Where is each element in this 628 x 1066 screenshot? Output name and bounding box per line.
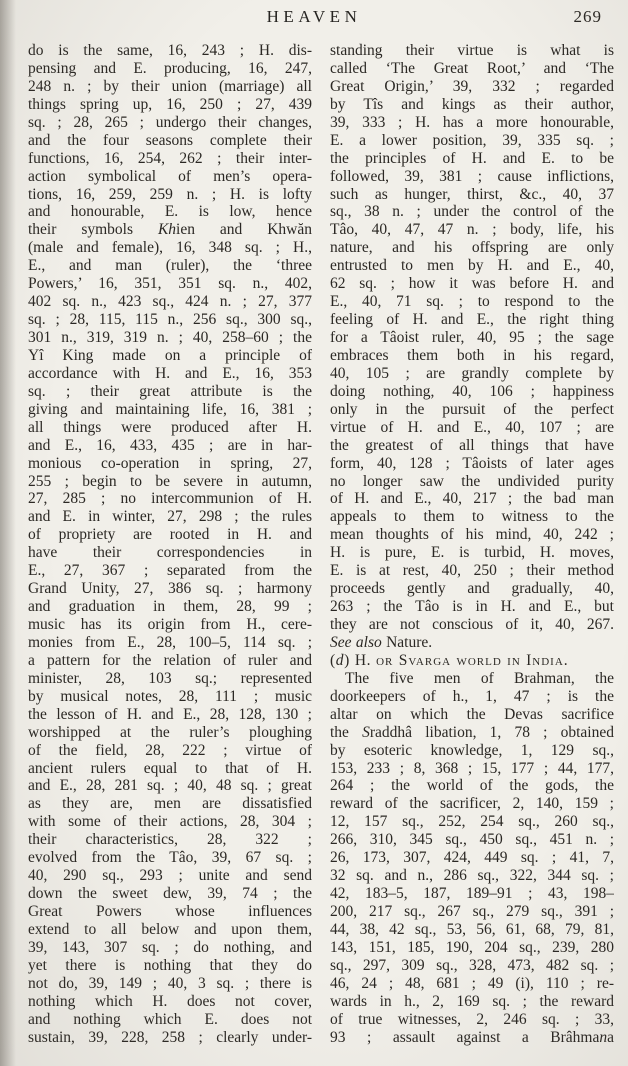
- text-line: 42, 183–5, 187, 189–91 ; 43, 198–: [330, 885, 614, 903]
- text-line: do is the same, 16, 243 ; H. dis-: [28, 42, 312, 60]
- text-line: and E. in winter, 27, 298 ; the rules: [28, 508, 312, 526]
- text-line: H. is pure, E. is turbid, H. moves,: [330, 544, 614, 562]
- text-line: ancient rulers equal to that of H.: [28, 760, 312, 778]
- text-line: only in the pursuit of the perfect: [330, 401, 614, 419]
- text-line: The five men of Brahman, the: [330, 670, 614, 688]
- text-line: Grand Unity, 27, 386 sq. ; harmony: [28, 580, 312, 598]
- text-line: and E., 28, 281 sq. ; 40, 48 sq. ; great: [28, 777, 312, 795]
- text-line: feeling of H. and E., the right thing: [330, 311, 614, 329]
- text-line: as they are, men are dissatisfied: [28, 795, 312, 813]
- text-line: sq., 38 n. ; under the control of the: [330, 203, 614, 221]
- text-line: sq. ; 28, 115, 115 n., 256 sq., 300 sq.,: [28, 311, 312, 329]
- text-line: yet there is nothing that they do: [28, 957, 312, 975]
- text-line: functions, 16, 254, 262 ; their inter-: [28, 150, 312, 168]
- text-line: by musical notes, 28, 111 ; music: [28, 688, 312, 706]
- text-line: monies from E., 28, 100–5, 114 sq. ;: [28, 634, 312, 652]
- text-line: 266, 310, 345 sq., 450 sq., 451 n. ;: [330, 831, 614, 849]
- text-line: monious co-operation in spring, 27,: [28, 455, 312, 473]
- text-line: virtue of H. and E., 40, 107 ; are: [330, 419, 614, 437]
- text-line: 40, 105 ; are grandly complete by: [330, 365, 614, 383]
- index-columns: do is the same, 16, 243 ; H. dis-pensing…: [28, 42, 614, 1047]
- text-line: 12, 157 sq., 252, 254 sq., 260 sq.,: [330, 813, 614, 831]
- text-line: (male and female), 16, 348 sq. ; H.,: [28, 239, 312, 257]
- text-line: sq. ; 28, 265 ; undergo their changes,: [28, 114, 312, 132]
- text-line: music has its origin from H., cere-: [28, 616, 312, 634]
- text-line: E., 40, 71 sq. ; to respond to the: [330, 293, 614, 311]
- text-line: (d) H. or Svarga world in India.: [330, 652, 614, 670]
- book-page: HEAVEN 269 do is the same, 16, 243 ; H. …: [0, 0, 628, 1066]
- text-line: their symbols Khien and Khwăn: [28, 221, 312, 239]
- text-line: 62 sq. ; how it was before H. and: [330, 275, 614, 293]
- text-line: altar on which the Devas sacrifice: [330, 706, 614, 724]
- text-line: 264 ; the world of the gods, the: [330, 777, 614, 795]
- text-line: 26, 173, 307, 424, 449 sq. ; 41, 7,: [330, 849, 614, 867]
- text-line: and the four seasons complete their: [28, 132, 312, 150]
- text-line: 301 n., 319, 319 n. ; 40, 258–60 ; the: [28, 329, 312, 347]
- text-line: 200, 217 sq., 267 sq., 279 sq., 391 ;: [330, 903, 614, 921]
- text-line: worshipped at the ruler’s ploughing: [28, 724, 312, 742]
- text-line: form, 40, 128 ; Tâoists of later ages: [330, 455, 614, 473]
- right-column: standing their virtue is what iscalled ‘…: [330, 42, 614, 1047]
- text-line: 93 ; assault against a Brâhmana: [330, 1029, 614, 1047]
- text-line: Great Powers whose influences: [28, 903, 312, 921]
- text-line: 402 sq. n., 423 sq., 424 n. ; 27, 377: [28, 293, 312, 311]
- text-line: down the sweet dew, 39, 74 ; the: [28, 885, 312, 903]
- text-line: See also Nature.: [330, 634, 614, 652]
- text-line: a pattern for the relation of ruler and: [28, 652, 312, 670]
- text-line: of H. and E., 40, 217 ; the bad man: [330, 490, 614, 508]
- text-line: Yî King made on a principle of: [28, 347, 312, 365]
- text-line: minister, 28, 103 sq.; represented: [28, 670, 312, 688]
- text-line: Powers,’ 16, 351, 351 sq. n., 402,: [28, 275, 312, 293]
- text-line: 39, 143, 307 sq. ; do nothing, and: [28, 939, 312, 957]
- text-line: giving and maintaining life, 16, 381 ;: [28, 401, 312, 419]
- text-line: the Sraddhâ libation, 1, 78 ; obtained: [330, 724, 614, 742]
- text-line: E., 27, 367 ; separated from the: [28, 562, 312, 580]
- text-line: entrusted to men by H. and E., 40,: [330, 257, 614, 275]
- text-line: accordance with H. and E., 16, 353: [28, 365, 312, 383]
- text-line: tions, 16, 259, 259 n. ; H. is lofty: [28, 186, 312, 204]
- text-line: and honourable, E. is low, hence: [28, 203, 312, 221]
- text-line: action symbolical of men’s opera-: [28, 168, 312, 186]
- text-line: doorkeepers of h., 1, 47 ; is the: [330, 688, 614, 706]
- left-column: do is the same, 16, 243 ; H. dis-pensing…: [28, 42, 312, 1047]
- text-line: evolved from the Tâo, 39, 67 sq. ;: [28, 849, 312, 867]
- text-line: pensing and E. producing, 16, 247,: [28, 60, 312, 78]
- text-line: the greatest of all things that have: [330, 437, 614, 455]
- text-line: all things were produced after H.: [28, 419, 312, 437]
- text-line: 27, 285 ; no intercommunion of H.: [28, 490, 312, 508]
- text-line: embraces them both in his regard,: [330, 347, 614, 365]
- text-line: 44, 38, 42 sq., 53, 56, 61, 68, 79, 81,: [330, 921, 614, 939]
- text-line: their characteristics, 28, 322 ;: [28, 831, 312, 849]
- text-line: of propriety are rooted in H. and: [28, 526, 312, 544]
- text-line: appeals to them to witness to the: [330, 508, 614, 526]
- text-line: extend to all below and upon them,: [28, 921, 312, 939]
- text-line: called ‘The Great Root,’ and ‘The: [330, 60, 614, 78]
- text-line: 248 n. ; by their union (marriage) all: [28, 78, 312, 96]
- text-line: of true witnesses, 2, 246 sq. ; 33,: [330, 1011, 614, 1029]
- text-line: reward of the sacrificer, 2, 140, 159 ;: [330, 795, 614, 813]
- text-line: doing nothing, 40, 106 ; happiness: [330, 383, 614, 401]
- text-line: no longer saw the undivided purity: [330, 473, 614, 491]
- text-line: 263 ; the Tâo is in H. and E., but: [330, 598, 614, 616]
- text-line: not do, 39, 149 ; 40, 3 sq. ; there is: [28, 975, 312, 993]
- text-line: have their correspondencies in: [28, 544, 312, 562]
- text-line: 32 sq. and n., 286 sq., 322, 344 sq. ;: [330, 867, 614, 885]
- text-line: E., and man (ruler), the ‘three: [28, 257, 312, 275]
- text-line: sustain, 39, 228, 258 ; clearly under-: [28, 1029, 312, 1047]
- text-line: such as hunger, thirst, &c., 40, 37: [330, 186, 614, 204]
- text-line: nothing which H. does not cover,: [28, 993, 312, 1011]
- text-line: Tâo, 40, 47, 47 n. ; body, life, his: [330, 221, 614, 239]
- text-line: Great Origin,’ 39, 332 ; regarded: [330, 78, 614, 96]
- text-line: and graduation in them, 28, 99 ;: [28, 598, 312, 616]
- text-line: sq. ; their great attribute is the: [28, 383, 312, 401]
- text-line: the lesson of H. and E., 28, 128, 130 ;: [28, 706, 312, 724]
- text-line: wards in h., 2, 169 sq. ; the reward: [330, 993, 614, 1011]
- text-line: by esoteric knowledge, 1, 129 sq.,: [330, 742, 614, 760]
- text-line: 255 ; begin to be severe in autumn,: [28, 473, 312, 491]
- text-line: sq., 297, 309 sq., 328, 473, 482 sq. ;: [330, 957, 614, 975]
- text-line: 39, 333 ; H. has a more honourable,: [330, 114, 614, 132]
- text-line: 153, 233 ; 8, 368 ; 15, 177 ; 44, 177,: [330, 760, 614, 778]
- text-line: of the field, 28, 222 ; virtue of: [28, 742, 312, 760]
- text-line: 40, 290 sq., 293 ; unite and send: [28, 867, 312, 885]
- text-line: and nothing which E. does not: [28, 1011, 312, 1029]
- text-line: mean thoughts of his mind, 40, 242 ;: [330, 526, 614, 544]
- text-line: standing their virtue is what is: [330, 42, 614, 60]
- page-title: HEAVEN: [0, 7, 628, 27]
- text-line: followed, 39, 381 ; cause inflictions,: [330, 168, 614, 186]
- text-line: proceeds gently and gradually, 40,: [330, 580, 614, 598]
- text-line: 46, 24 ; 48, 681 ; 49 (i), 110 ; re-: [330, 975, 614, 993]
- page-header: HEAVEN 269: [0, 7, 628, 33]
- text-line: the principles of H. and E. to be: [330, 150, 614, 168]
- text-line: they are not conscious of it, 40, 267.: [330, 616, 614, 634]
- text-line: with some of their actions, 28, 304 ;: [28, 813, 312, 831]
- text-line: and E., 16, 433, 435 ; are in har-: [28, 437, 312, 455]
- text-line: things spring up, 16, 250 ; 27, 439: [28, 96, 312, 114]
- text-line: E. a lower position, 39, 335 sq. ;: [330, 132, 614, 150]
- text-line: nature, and his offspring are only: [330, 239, 614, 257]
- text-line: for a Tâoist ruler, 40, 95 ; the sage: [330, 329, 614, 347]
- text-line: E. is at rest, 40, 250 ; their method: [330, 562, 614, 580]
- text-line: by Tîs and kings as their author,: [330, 96, 614, 114]
- page-number: 269: [574, 7, 603, 27]
- text-line: 143, 151, 185, 190, 204 sq., 239, 280: [330, 939, 614, 957]
